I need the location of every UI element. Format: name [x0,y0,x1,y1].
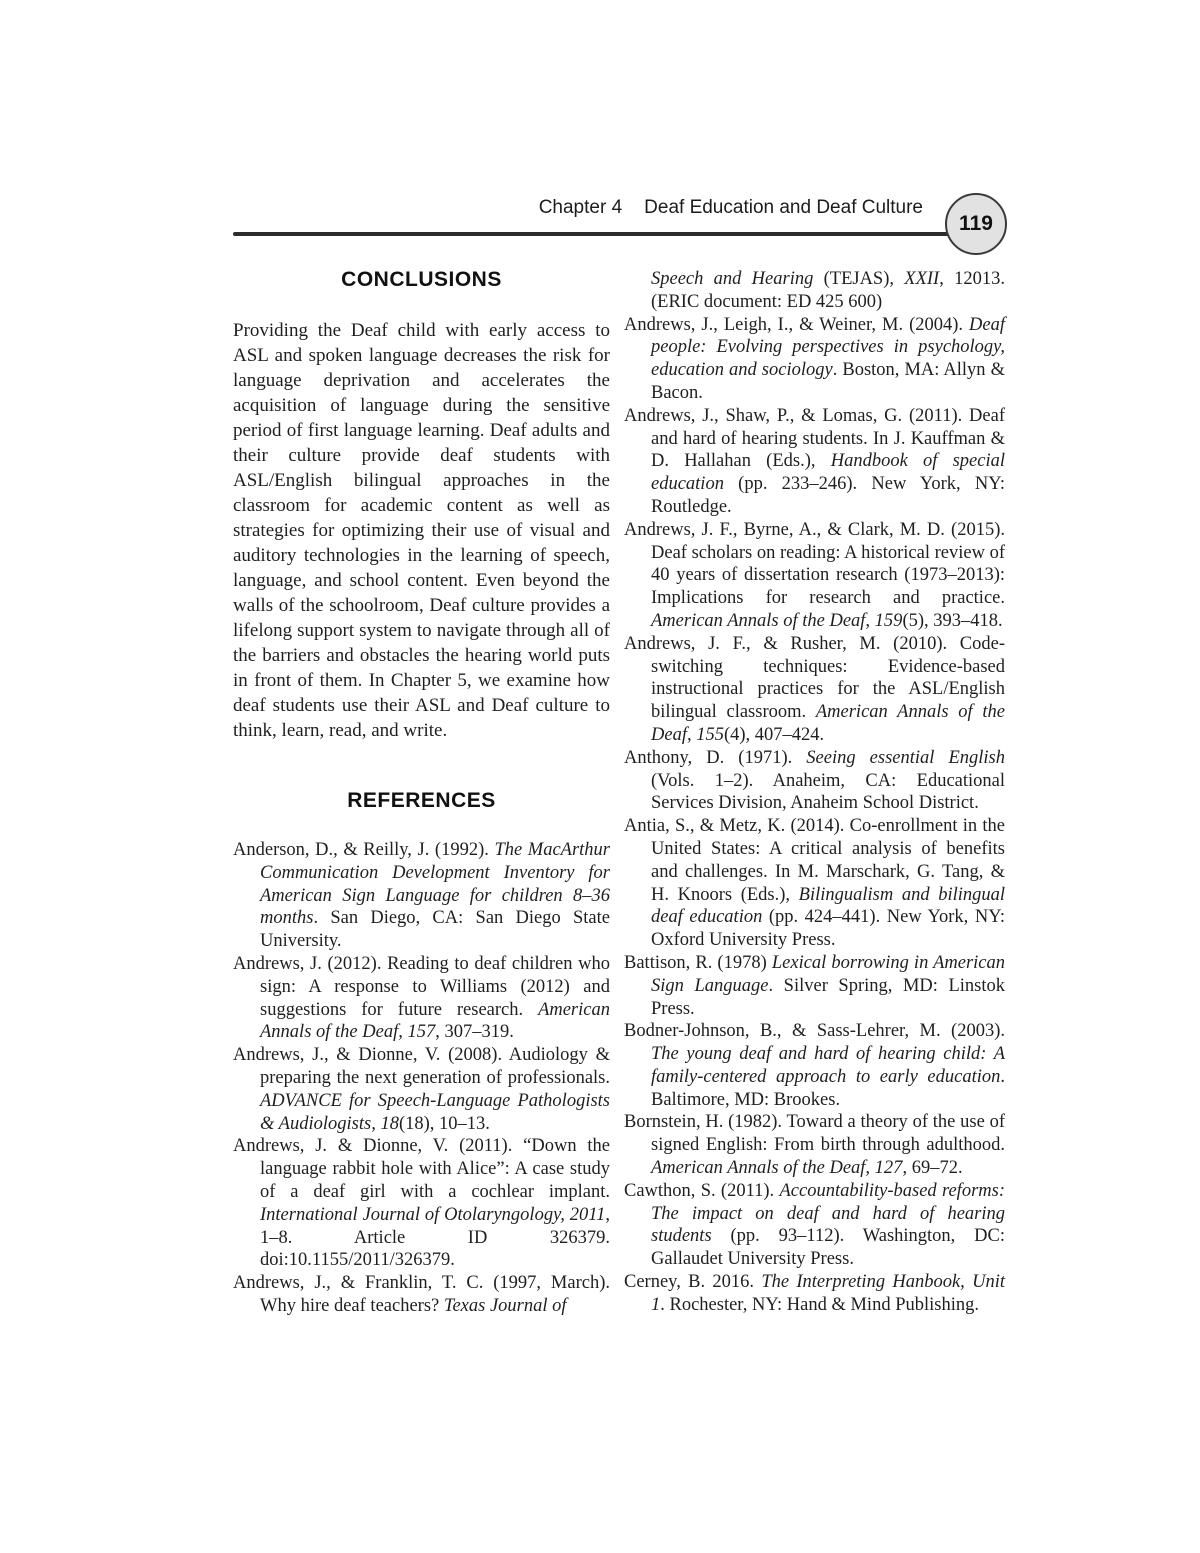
reference-entry: Andrews, J. & Dionne, V. (2011). “Down t… [233,1135,610,1272]
chapter-title: Deaf Education and Deaf Culture [644,197,923,218]
reference-entry: Speech and Hearing (TEJAS), XXII, 12013.… [624,268,1005,314]
document-page: Chapter 4Deaf Education and Deaf Culture… [0,0,1200,1553]
reference-entry: Antia, S., & Metz, K. (2014). Co-enrollm… [624,815,1005,952]
right-column: Speech and Hearing (TEJAS), XXII, 12013.… [624,268,1005,1317]
left-column: CONCLUSIONS Providing the Deaf child wit… [233,268,610,1318]
reference-entry: Andrews, J. (2012). Reading to deaf chil… [233,953,610,1044]
header-rule [233,232,955,236]
reference-entry: Bodner-Johnson, B., & Sass-Lehrer, M. (2… [624,1020,1005,1111]
reference-entry: Bornstein, H. (1982). Toward a theory of… [624,1111,1005,1179]
reference-entry: Anderson, D., & Reilly, J. (1992). The M… [233,839,610,953]
conclusions-paragraph: Providing the Deaf child with early acce… [233,318,610,743]
references-heading: REFERENCES [233,789,610,813]
page-number: 119 [959,212,993,236]
reference-entry: Andrews, J. F., & Rusher, M. (2010). Cod… [624,633,1005,747]
reference-entry: Cerney, B. 2016. The Interpreting Hanboo… [624,1271,1005,1317]
reference-entry: Andrews, J., Leigh, I., & Weiner, M. (20… [624,314,1005,405]
page-number-badge: 119 [945,193,1007,255]
reference-entry: Battison, R. (1978) Lexical borrowing in… [624,952,1005,1020]
reference-entry: Anthony, D. (1971). Seeing essential Eng… [624,747,1005,815]
running-head: Chapter 4Deaf Education and Deaf Culture… [233,195,1005,259]
chapter-label: Chapter 4 [539,197,622,218]
references-list-left: Anderson, D., & Reilly, J. (1992). The M… [233,839,610,1318]
conclusions-heading: CONCLUSIONS [233,268,610,292]
reference-entry: Andrews, J. F., Byrne, A., & Clark, M. D… [624,519,1005,633]
references-list-right: Speech and Hearing (TEJAS), XXII, 12013.… [624,268,1005,1317]
reference-entry: Andrews, J., Shaw, P., & Lomas, G. (2011… [624,405,1005,519]
chapter-header: Chapter 4Deaf Education and Deaf Culture [539,197,923,219]
reference-entry: Andrews, J., & Franklin, T. C. (1997, Ma… [233,1272,610,1318]
reference-entry: Andrews, J., & Dionne, V. (2008). Audiol… [233,1044,610,1135]
reference-entry: Cawthon, S. (2011). Accountability-based… [624,1180,1005,1271]
